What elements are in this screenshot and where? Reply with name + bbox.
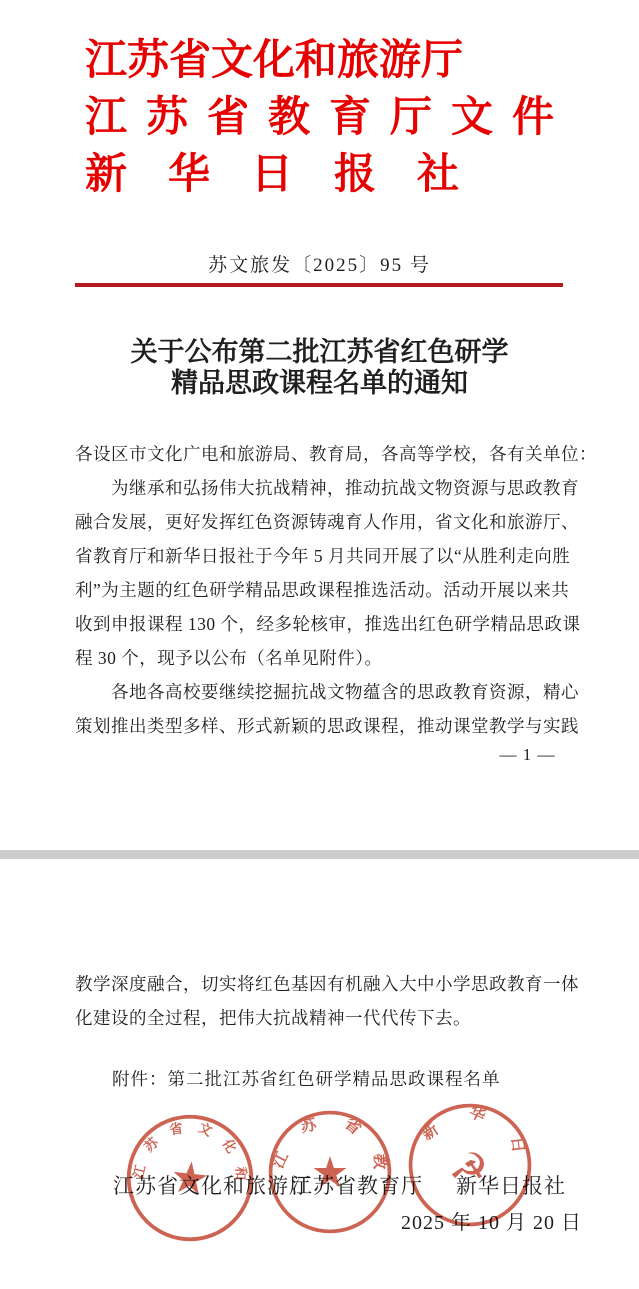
letterhead-line-xinhua-daily: 新华日报社 [85, 147, 567, 204]
hammer-sickle-icon: ☭ [445, 1139, 493, 1195]
official-seal-education: 江苏省教育厅 ★ [265, 1107, 395, 1237]
attachment-line: 附件：第二批江苏省红色研学精品思政课程名单 [112, 1066, 501, 1091]
letterhead: 江苏省文化和旅游厅 江苏省教育厅文件 新华日报社 [85, 33, 567, 204]
body-line: 省教育厅和新华日报社于今年 5 月共同开展了以“从胜利走向胜 [75, 539, 567, 573]
body-line: 为继承和弘扬伟大抗战精神，推动抗战文物资源与思政教育 [75, 471, 567, 505]
document-number: 苏文旅发〔2025〕95 号 [0, 250, 639, 277]
page1-body: 各设区市文化广电和旅游局、教育局，各高等学校，各有关单位： 为继承和弘扬伟大抗战… [75, 437, 567, 743]
star-icon: ★ [311, 1148, 349, 1198]
document-title: 关于公布第二批江苏省红色研学 精品思政课程名单的通知 [0, 337, 639, 399]
body-line: 策划推出类型多样、形式新颖的思政课程，推动课堂教学与实践 [75, 709, 567, 743]
body-line: 各地各高校要继续挖掘抗战文物蕴含的思政教育资源，精心 [75, 675, 567, 709]
body-line: 收到申报课程 130 个，经多轮核审，推选出红色研学精品思政课 [75, 607, 567, 641]
body-line: 教学深度融合，切实将红色基因有机融入大中小学思政教育一体 [75, 967, 567, 1001]
body-line: 各设区市文化广电和旅游局、教育局，各高等学校，各有关单位： [75, 437, 567, 471]
page2-body: 教学深度融合，切实将红色基因有机融入大中小学思政教育一体 化建设的全过程，把伟大… [75, 967, 567, 1035]
body-line: 化建设的全过程，把伟大抗战精神一代代传下去。 [75, 1001, 567, 1035]
letterhead-line-education: 江苏省教育厅文件 [85, 90, 567, 147]
title-line-2: 精品思政课程名单的通知 [0, 368, 639, 399]
page-number: — 1 — [480, 745, 575, 765]
star-icon: ★ [168, 1151, 213, 1206]
title-line-1: 关于公布第二批江苏省红色研学 [0, 337, 639, 368]
document-scan: { "page1": { "header_lines": ["江苏省文化和旅游厅… [0, 0, 639, 1289]
official-seal-culture-tourism: 江苏省文化和旅游厅 ★ [116, 1104, 263, 1251]
body-line: 融合发展，更好发挥红色资源铸魂育人作用，省文化和旅游厅、 [75, 505, 567, 539]
seal-graphic: 江苏省文化和旅游厅 ★ [116, 1104, 263, 1251]
letterhead-line-culture-tourism: 江苏省文化和旅游厅 [85, 33, 567, 90]
page-separator [0, 850, 639, 859]
red-rule-divider [75, 283, 563, 287]
body-line: 程 30 个，现予以公布（名单见附件）。 [75, 641, 567, 675]
body-line: 利”为主题的红色研学精品思政课程推选活动。活动开展以来共 [75, 573, 567, 607]
seal-graphic: 江苏省教育厅 ★ [265, 1107, 395, 1237]
